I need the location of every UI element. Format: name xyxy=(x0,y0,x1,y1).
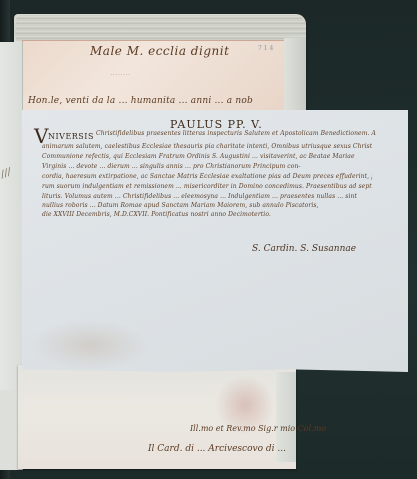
body-line-3: Communione refectis, qui Ecclesiam Fratr… xyxy=(42,153,372,162)
body-line-2: animarum salutem, caelestibus Ecclesiae … xyxy=(42,143,372,152)
body-line-9: die XXVIII Decembris, M.D.CXVII. Pontifi… xyxy=(42,211,372,220)
body-line-5: cordia, haeresum extirpatione, ac Sancta… xyxy=(42,173,372,182)
document-stain xyxy=(30,320,150,370)
body-line-4: Virginis ... devote ... dierum ... singu… xyxy=(42,163,372,172)
body-line-8: nullius roboris ... Datum Romae apud San… xyxy=(42,202,372,211)
body-line-6: rum suorum indulgentiam et remissionem .… xyxy=(42,183,372,192)
cardinal-signature: S. Cardin. S. Susannae xyxy=(252,244,356,254)
top-handwriting-line-2: Hon.le, venti da la ... humanita ... ann… xyxy=(28,96,253,106)
body-line-1: Christifidelibus praesentes litteras ins… xyxy=(96,130,376,139)
catalog-number: 7 1 4 xyxy=(258,45,273,52)
top-bundle-side xyxy=(284,38,306,112)
body-line-7: lituris. Volumus autem ... Christifideli… xyxy=(42,193,372,202)
bottom-address-line-1: Ill.mo et Rev.mo Sig.r mio Col.mo xyxy=(190,424,326,433)
bottom-address-line-2: Il Card. di ... Arcivescovo di ... xyxy=(148,444,286,454)
opening-word: NIVERSIS xyxy=(48,132,94,141)
paper-stack-edges xyxy=(16,15,306,41)
top-handwriting-line-1: Male M. ecclia dignit xyxy=(90,44,229,58)
top-faded-text: ........ xyxy=(110,68,130,77)
left-page-edge xyxy=(0,42,23,392)
